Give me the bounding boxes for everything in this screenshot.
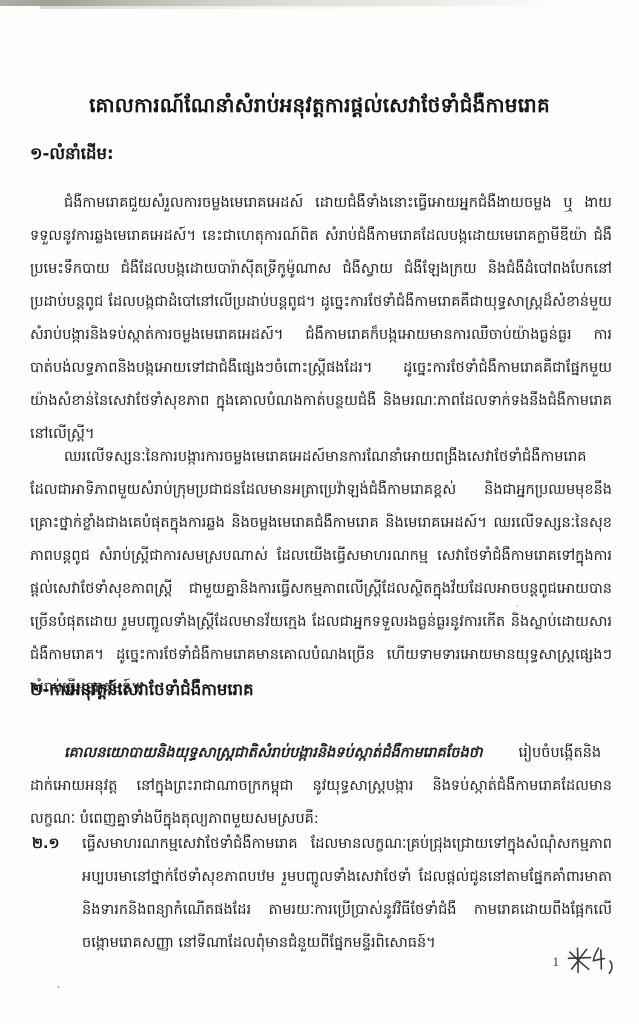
section-1-heading: ១-លំនាំដើម:: [30, 144, 612, 168]
section-2-lead-paragraph: គោលនយោបាយនិងយុទ្ធសាស្ត្រជាតិសំរាប់បង្ការ…: [30, 737, 612, 836]
section-1-paragraph-1: ជំងឺកាមរោគជួយសំរួលការចម្លងមេរោគអេដស៍ ដោយ…: [30, 187, 612, 451]
handwritten-mark-icon: [565, 940, 617, 984]
scan-speck: [516, 605, 519, 607]
section-2-heading: ២-ការអនុវត្តន៍សេវាថែទាំជំងឺកាមរោគ: [30, 680, 612, 704]
item-2-1-text: ធ្វើសមាហរណកម្មសេវាថែទាំជំងឺកាមរោគ ដែលមាន…: [30, 828, 612, 960]
policy-quote-italic: គោលនយោបាយនិងយុទ្ធសាស្ត្រជាតិសំរាប់បង្ការ…: [64, 745, 483, 761]
document-title: គោលការណ៍ណែនាំសំរាប់អនុវត្តការផ្តល់សេវាថែ…: [0, 92, 639, 122]
item-2-1: ២.១ ធ្វើសមាហរណកម្មសេវាថែទាំជំងឺកាមរោគ ដែ…: [30, 828, 612, 960]
item-2-1-number: ២.១: [32, 828, 59, 861]
document-page: គោលការណ៍ណែនាំសំរាប់អនុវត្តការផ្តល់សេវាថែ…: [0, 0, 639, 1024]
scan-speck: [398, 332, 401, 335]
page-number: 1: [553, 954, 560, 970]
section-1-paragraph-2: ឈរលើទស្សនៈនៃការបង្ការការចម្លងមេរោគអេដស៍ម…: [30, 441, 612, 705]
scan-edge-artifact: [40, 6, 520, 9]
scan-speck: [57, 986, 60, 988]
page-footer: 1: [553, 940, 618, 984]
